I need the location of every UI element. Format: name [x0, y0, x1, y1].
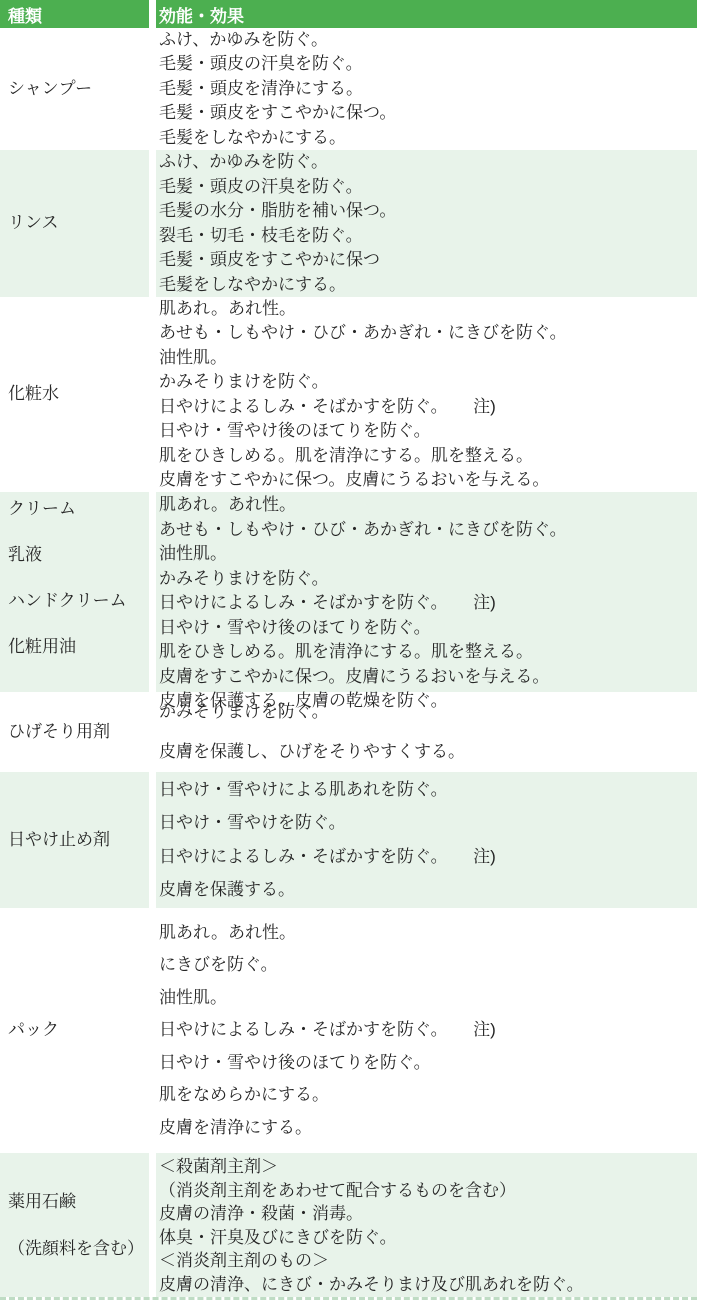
- effect-line: あせも・しもやけ・ひび・あかぎれ・にきびを防ぐ。: [159, 518, 697, 543]
- effects-cell: 肌あれ。あれ性。にきびを防ぐ。油性肌。日やけによるしみ・そばかすを防ぐ。 注)日…: [156, 908, 697, 1153]
- effect-line: 裂毛・切毛・枝毛を防ぐ。: [159, 224, 697, 249]
- effect-line: 日やけ・雪やけ後のほてりを防ぐ。: [159, 616, 697, 641]
- effect-line: 毛髪の水分・脂肪を補い保つ。: [159, 199, 697, 224]
- effects-cell: 日やけ・雪やけによる肌あれを防ぐ。日やけ・雪やけを防ぐ。日やけによるしみ・そばか…: [156, 772, 697, 908]
- effect-line: 皮膚をすこやかに保つ。皮膚にうるおいを与える。: [159, 665, 697, 690]
- effect-line: ふけ、かゆみを防ぐ。: [159, 28, 697, 53]
- type-label: シャンプー: [8, 77, 149, 102]
- effect-line: 日やけによるしみ・そばかすを防ぐ。 注): [159, 591, 697, 616]
- type-cell: パック: [0, 908, 149, 1153]
- table-row: 薬用石鹸（洗顔料を含む）＜殺菌剤主剤＞（消炎剤主剤をあわせて配合するものを含む）…: [0, 1153, 697, 1297]
- effect-line: 体臭・汗臭及びにきびを防ぐ。: [159, 1226, 697, 1250]
- type-cell: 薬用石鹸（洗顔料を含む）: [0, 1153, 149, 1297]
- type-label: パック: [8, 1018, 149, 1043]
- type-cell: ひげそり用剤: [0, 692, 149, 772]
- effect-line: あせも・しもやけ・ひび・あかぎれ・にきびを防ぐ。: [159, 321, 697, 346]
- effect-line: 毛髪・頭皮の汗臭を防ぐ。: [159, 52, 697, 77]
- type-label: （洗顔料を含む）: [8, 1237, 149, 1261]
- type-cell: リンス: [0, 150, 149, 297]
- effect-line: 皮膚を保護する。: [159, 878, 697, 903]
- efficacy-table-page: 種類 効能・効果 シャンプーふけ、かゆみを防ぐ。毛髪・頭皮の汗臭を防ぐ。毛髪・頭…: [0, 0, 704, 1306]
- effect-line: 毛髪・頭皮の汗臭を防ぐ。: [159, 175, 697, 200]
- effect-line: 皮膚を保護し、ひげをそりやすくする。: [159, 740, 697, 765]
- effect-line: 日やけ・雪やけを防ぐ。: [159, 811, 697, 836]
- effect-line: 肌あれ。あれ性。: [159, 297, 697, 322]
- type-label: リンス: [8, 211, 149, 236]
- effect-line: 日やけ・雪やけ後のほてりを防ぐ。: [159, 1051, 697, 1076]
- type-label: 化粧水: [8, 382, 149, 407]
- effect-line: 日やけによるしみ・そばかすを防ぐ。 注): [159, 845, 697, 870]
- effect-line: 皮膚を保護する。皮膚の乾燥を防ぐ。: [159, 689, 697, 714]
- effects-cell: ふけ、かゆみを防ぐ。毛髪・頭皮の汗臭を防ぐ。毛髪の水分・脂肪を補い保つ。裂毛・切…: [156, 150, 697, 297]
- effect-line: かみそりまけを防ぐ。: [159, 370, 697, 395]
- effect-line: 油性肌。: [159, 542, 697, 567]
- effect-line: 日やけ・雪やけ後のほてりを防ぐ。: [159, 419, 697, 444]
- effect-line: 皮膚の清浄、にきび・かみそりまけ及び肌あれを防ぐ。: [159, 1273, 697, 1297]
- effects-cell: ふけ、かゆみを防ぐ。毛髪・頭皮の汗臭を防ぐ。毛髪・頭皮を清浄にする。毛髪・頭皮を…: [156, 28, 697, 150]
- table-row: リンスふけ、かゆみを防ぐ。毛髪・頭皮の汗臭を防ぐ。毛髪の水分・脂肪を補い保つ。裂…: [0, 150, 697, 297]
- column-header-type: 種類: [0, 0, 149, 28]
- effects-cell: ＜殺菌剤主剤＞（消炎剤主剤をあわせて配合するものを含む）皮膚の清浄・殺菌・消毒。…: [156, 1153, 697, 1297]
- effect-line: ＜消炎剤主剤のもの＞: [159, 1249, 697, 1273]
- table-row: 日やけ止め剤日やけ・雪やけによる肌あれを防ぐ。日やけ・雪やけを防ぐ。日やけによる…: [0, 772, 697, 908]
- effect-line: （消炎剤主剤をあわせて配合するものを含む）: [159, 1179, 697, 1203]
- effects-cell: 肌あれ。あれ性。あせも・しもやけ・ひび・あかぎれ・にきびを防ぐ。油性肌。かみそり…: [156, 297, 697, 492]
- type-label: 薬用石鹸: [8, 1190, 149, 1214]
- effect-line: 皮膚を清浄にする。: [159, 1116, 697, 1141]
- effect-line: 肌をなめらかにする。: [159, 1083, 697, 1108]
- effect-line: ふけ、かゆみを防ぐ。: [159, 150, 697, 175]
- table-body: シャンプーふけ、かゆみを防ぐ。毛髪・頭皮の汗臭を防ぐ。毛髪・頭皮を清浄にする。毛…: [0, 28, 697, 1297]
- effect-line: かみそりまけを防ぐ。: [159, 567, 697, 592]
- table-bottom-cut-divider: [0, 1297, 697, 1306]
- table-row: 化粧水肌あれ。あれ性。あせも・しもやけ・ひび・あかぎれ・にきびを防ぐ。油性肌。か…: [0, 297, 697, 492]
- type-label: 日やけ止め剤: [8, 828, 149, 853]
- type-label: 化粧用油: [8, 635, 149, 660]
- effect-line: 肌をひきしめる。肌を清浄にする。肌を整える。: [159, 444, 697, 469]
- table-row: パック肌あれ。あれ性。にきびを防ぐ。油性肌。日やけによるしみ・そばかすを防ぐ。 …: [0, 908, 697, 1153]
- effect-line: ＜殺菌剤主剤＞: [159, 1155, 697, 1179]
- type-label: 乳液: [8, 543, 149, 568]
- effect-line: にきびを防ぐ。: [159, 953, 697, 978]
- type-cell: シャンプー: [0, 28, 149, 150]
- effect-line: 肌あれ。あれ性。: [159, 921, 697, 946]
- effect-line: 油性肌。: [159, 346, 697, 371]
- type-label: ハンドクリーム: [8, 589, 149, 614]
- effect-line: 毛髪をしなやかにする。: [159, 126, 697, 151]
- effect-line: 日やけ・雪やけによる肌あれを防ぐ。: [159, 778, 697, 803]
- table-header-row: 種類 効能・効果: [0, 0, 697, 28]
- effect-line: 皮膚をすこやかに保つ。皮膚にうるおいを与える。: [159, 468, 697, 493]
- type-label: ひげそり用剤: [8, 720, 149, 745]
- type-cell: 日やけ止め剤: [0, 772, 149, 908]
- effects-cell: 肌あれ。あれ性。あせも・しもやけ・ひび・あかぎれ・にきびを防ぐ。油性肌。かみそり…: [156, 492, 697, 692]
- effect-line: 毛髪・頭皮をすこやかに保つ。: [159, 101, 697, 126]
- column-header-effects: 効能・効果: [156, 0, 697, 28]
- table-row: シャンプーふけ、かゆみを防ぐ。毛髪・頭皮の汗臭を防ぐ。毛髪・頭皮を清浄にする。毛…: [0, 28, 697, 150]
- effect-line: 毛髪・頭皮を清浄にする。: [159, 77, 697, 102]
- effect-line: 毛髪・頭皮をすこやかに保つ: [159, 248, 697, 273]
- effect-line: 日やけによるしみ・そばかすを防ぐ。 注): [159, 395, 697, 420]
- effect-line: 日やけによるしみ・そばかすを防ぐ。 注): [159, 1018, 697, 1043]
- type-cell: クリーム乳液ハンドクリーム化粧用油: [0, 492, 149, 692]
- efficacy-table: 種類 効能・効果 シャンプーふけ、かゆみを防ぐ。毛髪・頭皮の汗臭を防ぐ。毛髪・頭…: [0, 0, 697, 1306]
- effect-line: 肌あれ。あれ性。: [159, 493, 697, 518]
- type-label: クリーム: [8, 497, 149, 522]
- effect-line: 肌をひきしめる。肌を清浄にする。肌を整える。: [159, 640, 697, 665]
- type-cell: 化粧水: [0, 297, 149, 492]
- effect-line: 皮膚の清浄・殺菌・消毒。: [159, 1202, 697, 1226]
- effect-line: 毛髪をしなやかにする。: [159, 273, 697, 298]
- effect-line: 油性肌。: [159, 986, 697, 1011]
- table-row: クリーム乳液ハンドクリーム化粧用油肌あれ。あれ性。あせも・しもやけ・ひび・あかぎ…: [0, 492, 697, 692]
